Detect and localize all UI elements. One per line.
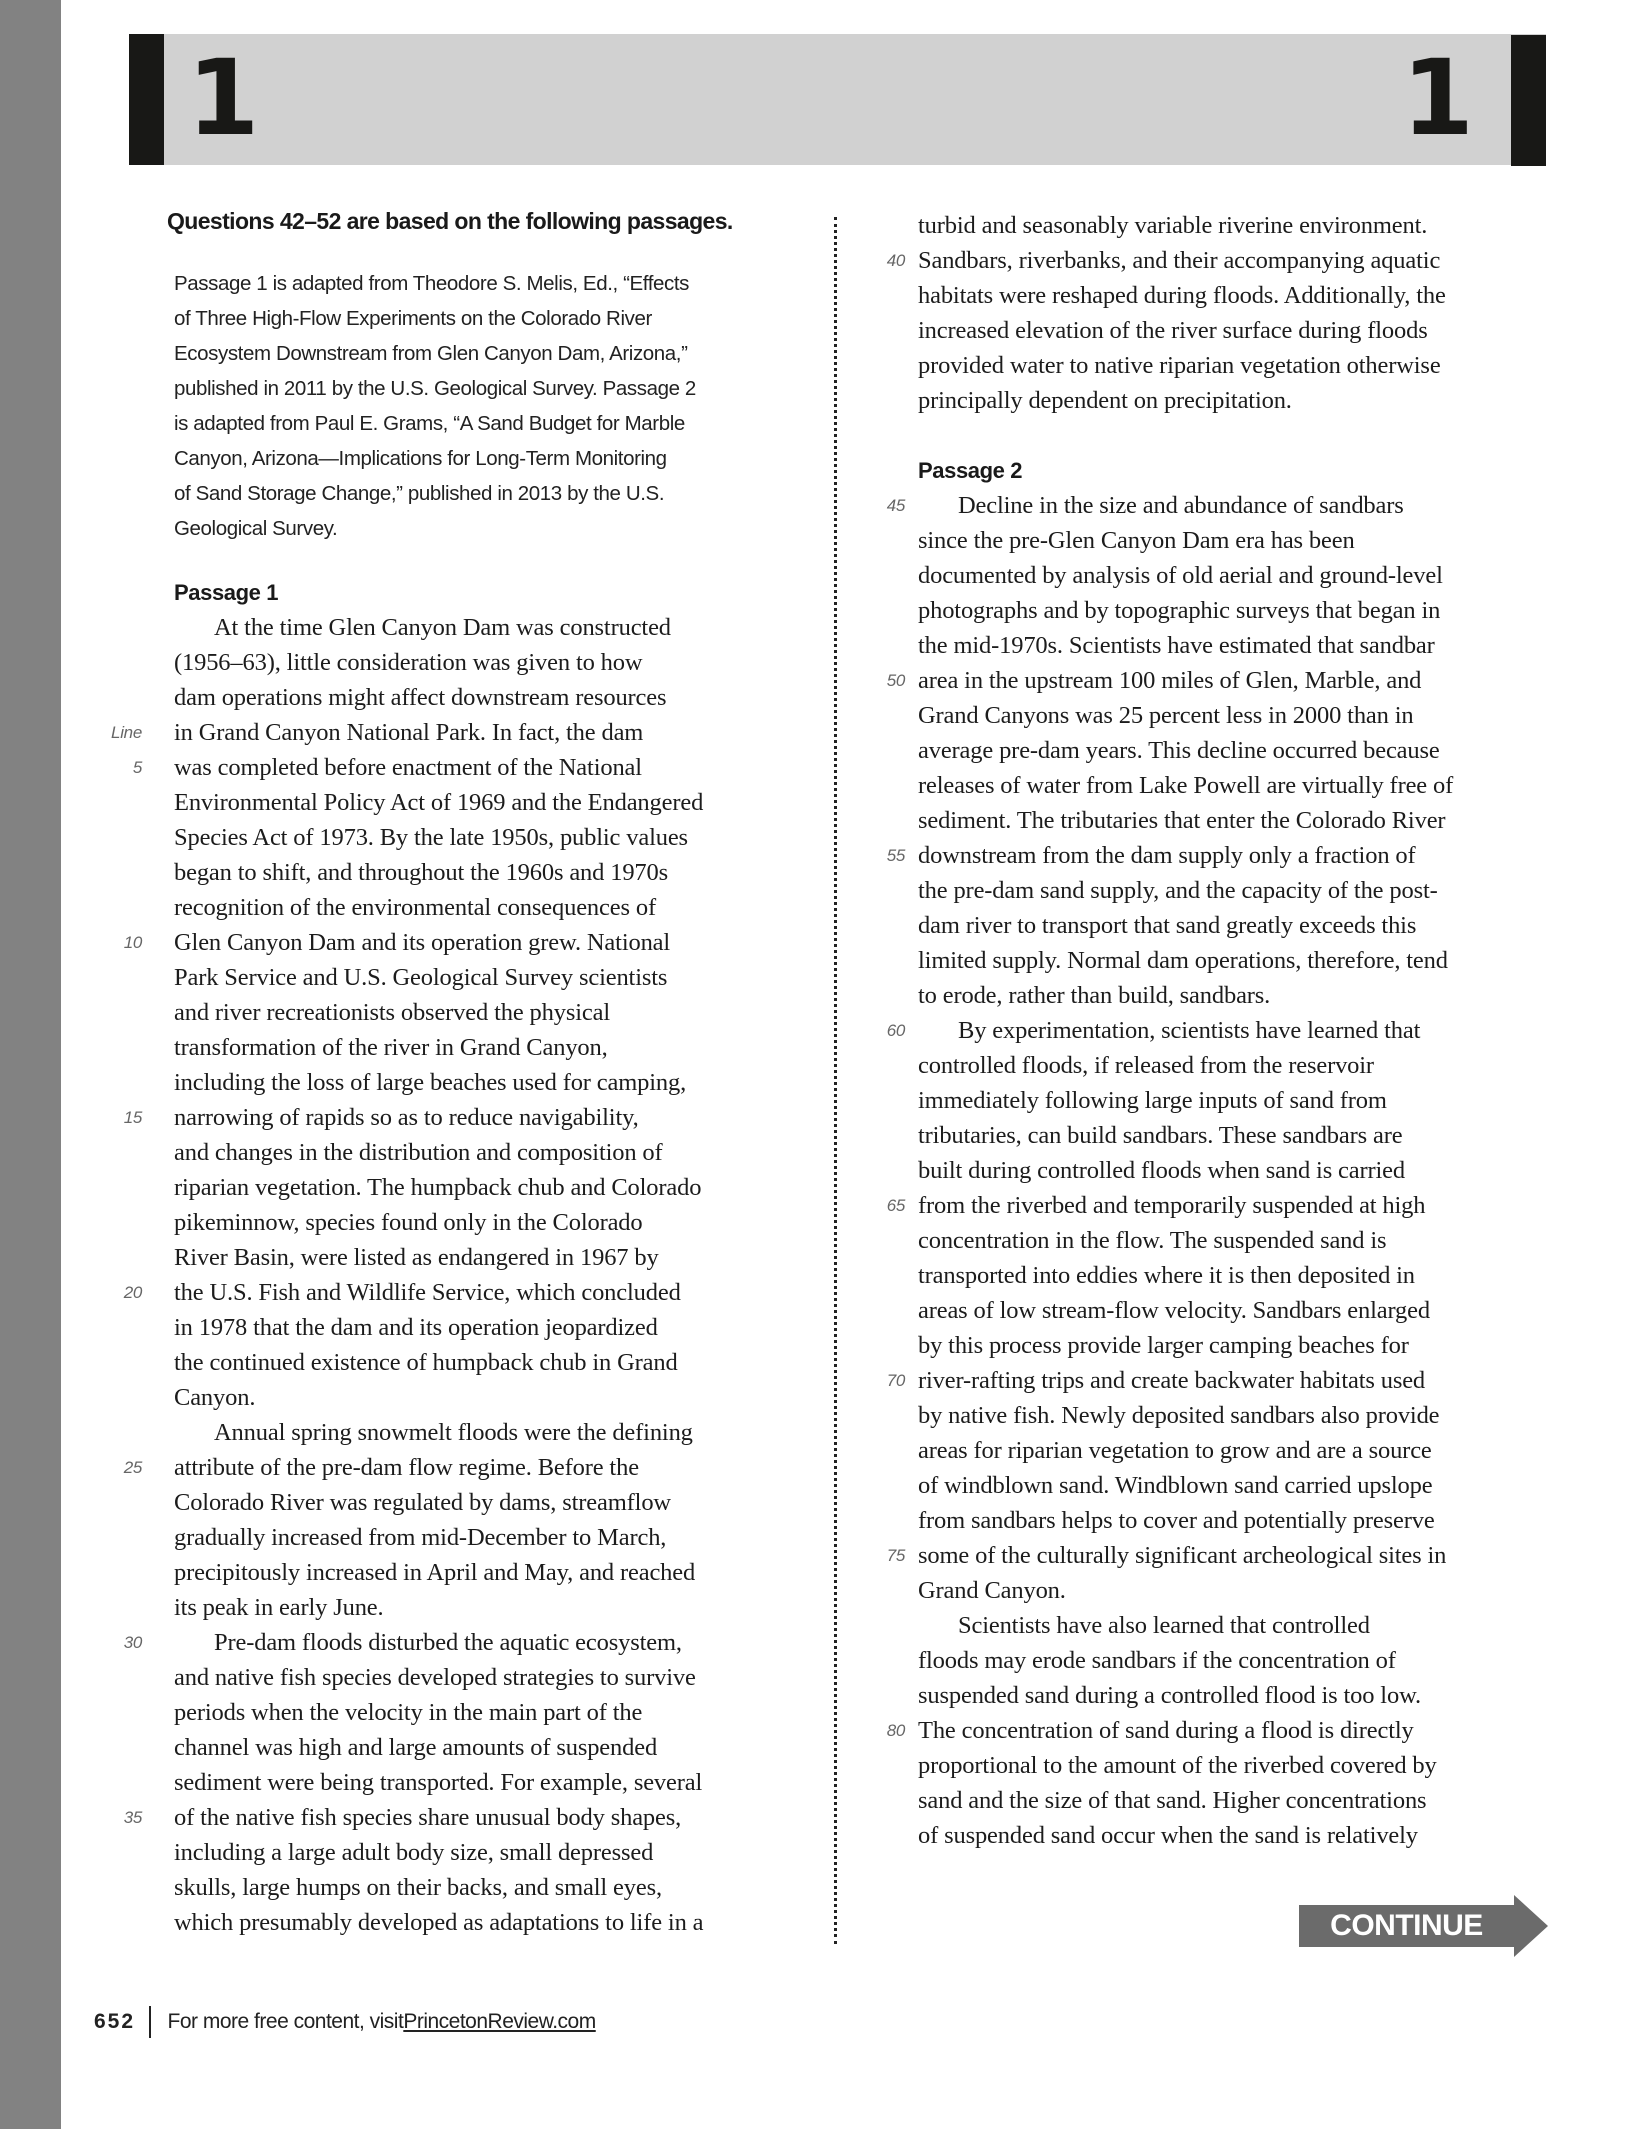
- line-text: By experimentation, scientists have lear…: [918, 1017, 1420, 1044]
- line-text: principally dependent on precipitation.: [918, 387, 1292, 414]
- passage-line: provided water to native riparian vegeta…: [918, 348, 1453, 383]
- passage-line: since the pre-Glen Canyon Dam era has be…: [918, 523, 1453, 558]
- passage-line: turbid and seasonably variable riverine …: [918, 208, 1453, 243]
- passage-line: from sandbars helps to cover and potenti…: [918, 1503, 1453, 1538]
- line-text: Colorado River was regulated by dams, st…: [174, 1489, 671, 1516]
- passage-line: 50area in the upstream 100 miles of Glen…: [918, 663, 1453, 698]
- line-text: was completed before enactment of the Na…: [174, 754, 642, 781]
- line-text: floods may erode sandbars if the concent…: [918, 1647, 1396, 1674]
- passage-line: began to shift, and throughout the 1960s…: [174, 855, 703, 890]
- line-number: 65: [845, 1188, 905, 1223]
- line-number: 15: [82, 1100, 142, 1135]
- line-text: The concentration of sand during a flood…: [918, 1717, 1414, 1744]
- line-number: 20: [82, 1275, 142, 1310]
- passage-line: floods may erode sandbars if the concent…: [918, 1643, 1453, 1678]
- passage-line: periods when the velocity in the main pa…: [174, 1695, 703, 1730]
- passage-line: and changes in the distribution and comp…: [174, 1135, 703, 1170]
- passage-line: limited supply. Normal dam operations, t…: [918, 943, 1453, 978]
- passage-line: 60By experimentation, scientists have le…: [918, 1013, 1453, 1048]
- passage-line: transformation of the river in Grand Can…: [174, 1030, 703, 1065]
- line-text: releases of water from Lake Powell are v…: [918, 772, 1453, 799]
- passage-gap: [918, 418, 1453, 453]
- passage-line: increased elevation of the river surface…: [918, 313, 1453, 348]
- line-text: of windblown sand. Windblown sand carrie…: [918, 1472, 1432, 1499]
- passage-line: River Basin, were listed as endangered i…: [174, 1240, 703, 1275]
- passage-line: dam operations might affect downstream r…: [174, 680, 703, 715]
- passage-line: Park Service and U.S. Geological Survey …: [174, 960, 703, 995]
- line-text: the U.S. Fish and Wildlife Service, whic…: [174, 1279, 681, 1306]
- line-text: At the time Glen Canyon Dam was construc…: [174, 614, 671, 641]
- line-text: from sandbars helps to cover and potenti…: [918, 1507, 1435, 1534]
- source-note-line: is adapted from Paul E. Grams, “A Sand B…: [174, 406, 774, 441]
- line-number: 80: [845, 1713, 905, 1748]
- line-text: since the pre-Glen Canyon Dam era has be…: [918, 527, 1355, 554]
- passage-line: Scientists have also learned that contro…: [918, 1608, 1453, 1643]
- passage-1-column: Passage 1 At the time Glen Canyon Dam wa…: [174, 575, 703, 1940]
- line-number: 45: [845, 488, 905, 523]
- line-text: areas for riparian vegetation to grow an…: [918, 1437, 1432, 1464]
- line-text: average pre-dam years. This decline occu…: [918, 737, 1440, 764]
- passage-line: proportional to the amount of the riverb…: [918, 1748, 1453, 1783]
- line-number: 50: [845, 663, 905, 698]
- line-text: transported into eddies where it is then…: [918, 1262, 1415, 1289]
- passage-line: areas of low stream-flow velocity. Sandb…: [918, 1293, 1453, 1328]
- passage-line: 15narrowing of rapids so as to reduce na…: [174, 1100, 703, 1135]
- line-number: 70: [845, 1363, 905, 1398]
- line-number: Line: [82, 715, 142, 750]
- line-text: areas of low stream-flow velocity. Sandb…: [918, 1297, 1430, 1324]
- section-number-right: 1: [1402, 40, 1470, 156]
- line-text: Species Act of 1973. By the late 1950s, …: [174, 824, 688, 851]
- passage-line: 25attribute of the pre-dam flow regime. …: [174, 1450, 703, 1485]
- line-text: Scientists have also learned that contro…: [918, 1612, 1370, 1639]
- passage-2-column: turbid and seasonably variable riverine …: [918, 208, 1453, 1853]
- line-text: dam operations might affect downstream r…: [174, 684, 666, 711]
- passage-line: sand and the size of that sand. Higher c…: [918, 1783, 1453, 1818]
- passage-line: the pre-dam sand supply, and the capacit…: [918, 873, 1453, 908]
- continue-label: CONTINUE: [1299, 1905, 1514, 1947]
- line-text: immediately following large inputs of sa…: [918, 1087, 1387, 1114]
- continue-button[interactable]: CONTINUE: [1299, 1895, 1549, 1957]
- passage-line: channel was high and large amounts of su…: [174, 1730, 703, 1765]
- passage-line: the continued existence of humpback chub…: [174, 1345, 703, 1380]
- line-text: Grand Canyon.: [918, 1577, 1066, 1604]
- line-text: transformation of the river in Grand Can…: [174, 1034, 608, 1061]
- passage-line: Species Act of 1973. By the late 1950s, …: [174, 820, 703, 855]
- line-text: periods when the velocity in the main pa…: [174, 1699, 642, 1726]
- line-text: of suspended sand occur when the sand is…: [918, 1822, 1418, 1849]
- passage-line: of suspended sand occur when the sand is…: [918, 1818, 1453, 1853]
- source-note-line: Canyon, Arizona—Implications for Long-Te…: [174, 441, 774, 476]
- passage-line: 30Pre-dam floods disturbed the aquatic e…: [174, 1625, 703, 1660]
- source-note-line: of Sand Storage Change,” published in 20…: [174, 476, 774, 511]
- passage-line: by this process provide larger camping b…: [918, 1328, 1453, 1363]
- line-number: 60: [845, 1013, 905, 1048]
- passage-line: and river recreationists observed the ph…: [174, 995, 703, 1030]
- passage-line: Colorado River was regulated by dams, st…: [174, 1485, 703, 1520]
- passage-line: average pre-dam years. This decline occu…: [918, 733, 1453, 768]
- footer-text: For more free content, visit: [168, 2010, 404, 2034]
- line-number: 35: [82, 1800, 142, 1835]
- passage-line: Grand Canyon.: [918, 1573, 1453, 1608]
- line-text: area in the upstream 100 miles of Glen, …: [918, 667, 1421, 694]
- line-number: 40: [845, 243, 905, 278]
- line-text: attribute of the pre-dam flow regime. Be…: [174, 1454, 639, 1481]
- line-text: River Basin, were listed as endangered i…: [174, 1244, 659, 1271]
- passage-line: Linein Grand Canyon National Park. In fa…: [174, 715, 703, 750]
- source-note-line: Ecosystem Downstream from Glen Canyon Da…: [174, 336, 774, 371]
- line-text: in Grand Canyon National Park. In fact, …: [174, 719, 643, 746]
- line-text: concentration in the flow. The suspended…: [918, 1227, 1386, 1254]
- passage-line: its peak in early June.: [174, 1590, 703, 1625]
- line-text: habitats were reshaped during floods. Ad…: [918, 282, 1446, 309]
- line-text: precipitously increased in April and May…: [174, 1559, 695, 1586]
- line-text: Glen Canyon Dam and its operation grew. …: [174, 929, 670, 956]
- passage-line: Environmental Policy Act of 1969 and the…: [174, 785, 703, 820]
- line-text: narrowing of rapids so as to reduce navi…: [174, 1104, 639, 1131]
- passage-line: including the loss of large beaches used…: [174, 1065, 703, 1100]
- line-text: limited supply. Normal dam operations, t…: [918, 947, 1448, 974]
- passage-line: dam river to transport that sand greatly…: [918, 908, 1453, 943]
- passage-line: Grand Canyons was 25 percent less in 200…: [918, 698, 1453, 733]
- line-text: tributaries, can build sandbars. These s…: [918, 1122, 1402, 1149]
- passage-line: 80The concentration of sand during a flo…: [918, 1713, 1453, 1748]
- line-text: and river recreationists observed the ph…: [174, 999, 610, 1026]
- line-text: built during controlled floods when sand…: [918, 1157, 1405, 1184]
- line-number: 75: [845, 1538, 905, 1573]
- passage-line: including a large adult body size, small…: [174, 1835, 703, 1870]
- passage-line: sediment were being transported. For exa…: [174, 1765, 703, 1800]
- line-text: Canyon.: [174, 1384, 255, 1411]
- line-text: Grand Canyons was 25 percent less in 200…: [918, 702, 1414, 729]
- header-bar-left: [129, 34, 164, 165]
- passage-line: Canyon.: [174, 1380, 703, 1415]
- passage-line: documented by analysis of old aerial and…: [918, 558, 1453, 593]
- line-text: suspended sand during a controlled flood…: [918, 1682, 1421, 1709]
- passage-2-heading: Passage 2: [918, 453, 1453, 488]
- line-text: provided water to native riparian vegeta…: [918, 352, 1441, 379]
- passage-line: controlled floods, if released from the …: [918, 1048, 1453, 1083]
- passage-line: Annual spring snowmelt floods were the d…: [174, 1415, 703, 1450]
- line-text: the continued existence of humpback chub…: [174, 1349, 678, 1376]
- line-text: sediment were being transported. For exa…: [174, 1769, 702, 1796]
- passage-line: pikeminnow, species found only in the Co…: [174, 1205, 703, 1240]
- line-text: pikeminnow, species found only in the Co…: [174, 1209, 643, 1236]
- line-text: Environmental Policy Act of 1969 and the…: [174, 789, 703, 816]
- line-text: increased elevation of the river surface…: [918, 317, 1428, 344]
- passage-line: riparian vegetation. The humpback chub a…: [174, 1170, 703, 1205]
- passage-line: principally dependent on precipitation.: [918, 383, 1453, 418]
- passage-1-heading: Passage 1: [174, 575, 703, 610]
- line-text: downstream from the dam supply only a fr…: [918, 842, 1416, 869]
- line-text: and changes in the distribution and comp…: [174, 1139, 663, 1166]
- line-text: by native fish. Newly deposited sandbars…: [918, 1402, 1439, 1429]
- column-divider: [834, 217, 837, 1944]
- line-text: controlled floods, if released from the …: [918, 1052, 1374, 1079]
- passage-line: 70river-rafting trips and create backwat…: [918, 1363, 1453, 1398]
- passage-line: 10Glen Canyon Dam and its operation grew…: [174, 925, 703, 960]
- line-text: turbid and seasonably variable riverine …: [918, 212, 1427, 239]
- line-text: its peak in early June.: [174, 1594, 384, 1621]
- line-text: began to shift, and throughout the 1960s…: [174, 859, 668, 886]
- passage-line: (1956–63), little consideration was give…: [174, 645, 703, 680]
- line-number: 10: [82, 925, 142, 960]
- line-text: to erode, rather than build, sandbars.: [918, 982, 1270, 1009]
- passage-line: suspended sand during a controlled flood…: [918, 1678, 1453, 1713]
- line-text: river-rafting trips and create backwater…: [918, 1367, 1425, 1394]
- source-note-line: published in 2011 by the U.S. Geological…: [174, 371, 774, 406]
- passage-line: immediately following large inputs of sa…: [918, 1083, 1453, 1118]
- line-text: Decline in the size and abundance of san…: [918, 492, 1404, 519]
- source-note-line: Passage 1 is adapted from Theodore S. Me…: [174, 266, 774, 301]
- passage-line: 40Sandbars, riverbanks, and their accomp…: [918, 243, 1453, 278]
- passage-line: concentration in the flow. The suspended…: [918, 1223, 1453, 1258]
- passage-line: photographs and by topographic surveys t…: [918, 593, 1453, 628]
- passage-line: At the time Glen Canyon Dam was construc…: [174, 610, 703, 645]
- questions-intro-title: Questions 42–52 are based on the followi…: [167, 208, 733, 235]
- line-number: 25: [82, 1450, 142, 1485]
- line-text: sand and the size of that sand. Higher c…: [918, 1787, 1426, 1814]
- line-text: photographs and by topographic surveys t…: [918, 597, 1440, 624]
- line-text: in 1978 that the dam and its operation j…: [174, 1314, 658, 1341]
- passage-line: tributaries, can build sandbars. These s…: [918, 1118, 1453, 1153]
- passage-line: gradually increased from mid-December to…: [174, 1520, 703, 1555]
- line-text: of the native fish species share unusual…: [174, 1804, 681, 1831]
- passage-line: transported into eddies where it is then…: [918, 1258, 1453, 1293]
- section-number-left: 1: [187, 40, 255, 156]
- line-text: including a large adult body size, small…: [174, 1839, 653, 1866]
- passage-line: 75some of the culturally significant arc…: [918, 1538, 1453, 1573]
- line-text: some of the culturally significant arche…: [918, 1542, 1446, 1569]
- line-text: skulls, large humps on their backs, and …: [174, 1874, 662, 1901]
- line-text: which presumably developed as adaptation…: [174, 1909, 703, 1936]
- line-text: from the riverbed and temporarily suspen…: [918, 1192, 1425, 1219]
- page-footer: 652 For more free content, visit Princet…: [94, 2007, 596, 2037]
- passage-line: 5was completed before enactment of the N…: [174, 750, 703, 785]
- page-number: 652: [94, 2010, 135, 2034]
- passage-line: 55downstream from the dam supply only a …: [918, 838, 1453, 873]
- line-text: proportional to the amount of the riverb…: [918, 1752, 1437, 1779]
- passage-line: sediment. The tributaries that enter the…: [918, 803, 1453, 838]
- line-text: by this process provide larger camping b…: [918, 1332, 1409, 1359]
- line-text: the pre-dam sand supply, and the capacit…: [918, 877, 1438, 904]
- header-bar-right: [1511, 35, 1546, 166]
- passage-line: 65from the riverbed and temporarily susp…: [918, 1188, 1453, 1223]
- passage-line: in 1978 that the dam and its operation j…: [174, 1310, 703, 1345]
- passage-line: areas for riparian vegetation to grow an…: [918, 1433, 1453, 1468]
- passage-line: 20the U.S. Fish and Wildlife Service, wh…: [174, 1275, 703, 1310]
- line-text: gradually increased from mid-December to…: [174, 1524, 666, 1551]
- passage-line: 35of the native fish species share unusu…: [174, 1800, 703, 1835]
- line-text: riparian vegetation. The humpback chub a…: [174, 1174, 701, 1201]
- princeton-review-link[interactable]: PrincetonReview.com: [403, 2010, 595, 2034]
- footer-divider: [149, 2006, 151, 2038]
- line-number: 55: [845, 838, 905, 873]
- line-text: Annual spring snowmelt floods were the d…: [174, 1419, 693, 1446]
- section-header: 1 1: [129, 34, 1546, 165]
- line-text: Sandbars, riverbanks, and their accompan…: [918, 247, 1440, 274]
- source-note: Passage 1 is adapted from Theodore S. Me…: [174, 266, 774, 546]
- passage-line: which presumably developed as adaptation…: [174, 1905, 703, 1940]
- passage-line: to erode, rather than build, sandbars.: [918, 978, 1453, 1013]
- passage-line: of windblown sand. Windblown sand carrie…: [918, 1468, 1453, 1503]
- line-number: 30: [82, 1625, 142, 1660]
- line-text: (1956–63), little consideration was give…: [174, 649, 642, 676]
- passage-line: habitats were reshaped during floods. Ad…: [918, 278, 1453, 313]
- passage-line: precipitously increased in April and May…: [174, 1555, 703, 1590]
- line-text: Park Service and U.S. Geological Survey …: [174, 964, 667, 991]
- source-note-line: Geological Survey.: [174, 511, 774, 546]
- line-text: channel was high and large amounts of su…: [174, 1734, 657, 1761]
- passage-line: by native fish. Newly deposited sandbars…: [918, 1398, 1453, 1433]
- line-text: dam river to transport that sand greatly…: [918, 912, 1416, 939]
- line-text: recognition of the environmental consequ…: [174, 894, 656, 921]
- passage-line: the mid-1970s. Scientists have estimated…: [918, 628, 1453, 663]
- line-text: the mid-1970s. Scientists have estimated…: [918, 632, 1435, 659]
- passage-line: skulls, large humps on their backs, and …: [174, 1870, 703, 1905]
- source-note-line: of Three High-Flow Experiments on the Co…: [174, 301, 774, 336]
- page-gutter: [0, 0, 61, 2129]
- passage-line: releases of water from Lake Powell are v…: [918, 768, 1453, 803]
- line-text: and native fish species developed strate…: [174, 1664, 696, 1691]
- line-text: documented by analysis of old aerial and…: [918, 562, 1443, 589]
- line-text: Pre-dam floods disturbed the aquatic eco…: [174, 1629, 682, 1656]
- line-text: sediment. The tributaries that enter the…: [918, 807, 1445, 834]
- line-text: including the loss of large beaches used…: [174, 1069, 686, 1096]
- passage-line: 45Decline in the size and abundance of s…: [918, 488, 1453, 523]
- passage-line: recognition of the environmental consequ…: [174, 890, 703, 925]
- passage-line: and native fish species developed strate…: [174, 1660, 703, 1695]
- passage-line: built during controlled floods when sand…: [918, 1153, 1453, 1188]
- line-number: 5: [82, 750, 142, 785]
